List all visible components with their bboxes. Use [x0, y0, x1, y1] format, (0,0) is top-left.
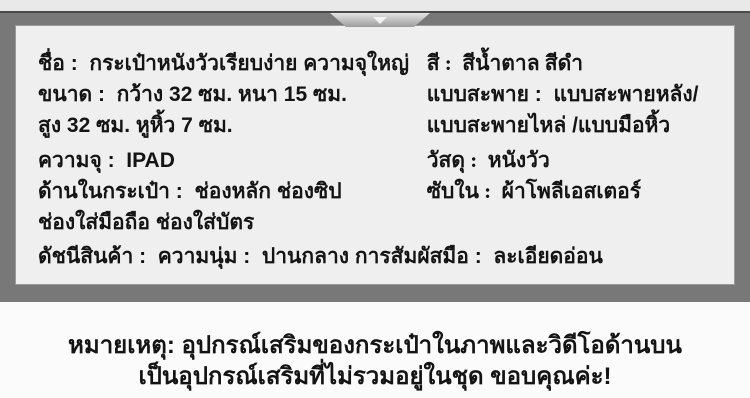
spec-line-size: ขนาด : กว้าง 32 ซม. หนา 15 ซม.: [38, 79, 427, 110]
note: หมายเหตุ: อุปกรณ์เสริมของกระเป๋าในภาพและ…: [0, 330, 750, 392]
spec-line-name: ชื่อ : กระเป๋าหนังวัวเรียบง่าย ความจุใหญ…: [38, 48, 427, 79]
chevron-down-icon: [373, 17, 387, 24]
spec-line-lining: ซับใน : ผ้าโพลีเอสเตอร์: [427, 176, 720, 207]
spec-panel: ชื่อ : กระเป๋าหนังวัวเรียบง่าย ความจุใหญ…: [15, 25, 735, 285]
spec-line-size-continued: สูง 32 ซม. หูหิ้ว 7 ซม.: [38, 110, 427, 141]
top-strip: [0, 0, 750, 11]
spec-line-interior-continued: ช่องใส่มือถือ ช่องใส่บัตร: [38, 207, 427, 238]
note-line-1: หมายเหตุ: อุปกรณ์เสริมของกระเป๋าในภาพและ…: [0, 330, 750, 361]
spec-line-carry-style-continued: แบบสะพายไหล่ /แบบมือหิ้ว: [427, 110, 720, 141]
spec-frame: ชื่อ : กระเป๋าหนังวัวเรียบง่าย ความจุใหญ…: [0, 11, 750, 302]
spec-line-color: สี : สีน้ำตาล สีดำ: [427, 48, 720, 79]
spec-line-product-index: ดัชนีสินค้า : ความนุ่ม : ปานกลาง การสัมผ…: [38, 241, 720, 272]
spec-line-capacity: ความจุ : IPAD: [38, 145, 427, 176]
note-line-2: เป็นอุปกรณ์เสริมที่ไม่รวมอยู่ในชุด ขอบคุ…: [0, 361, 750, 392]
spec-line-interior: ด้านในกระเป๋า : ช่องหลัก ช่องซิป: [38, 176, 427, 207]
collapse-tab[interactable]: [330, 13, 430, 27]
spec-line-material: วัสดุ : หนังวัว: [427, 145, 720, 176]
spec-line-carry-style: แบบสะพาย : แบบสะพายหลัง/: [427, 79, 720, 110]
spec-left-column: ชื่อ : กระเป๋าหนังวัวเรียบง่าย ความจุใหญ…: [38, 48, 427, 238]
spec-right-column: สี : สีน้ำตาล สีดำ แบบสะพาย : แบบสะพายหล…: [427, 48, 720, 238]
spec-columns: ชื่อ : กระเป๋าหนังวัวเรียบง่าย ความจุใหญ…: [38, 48, 720, 238]
